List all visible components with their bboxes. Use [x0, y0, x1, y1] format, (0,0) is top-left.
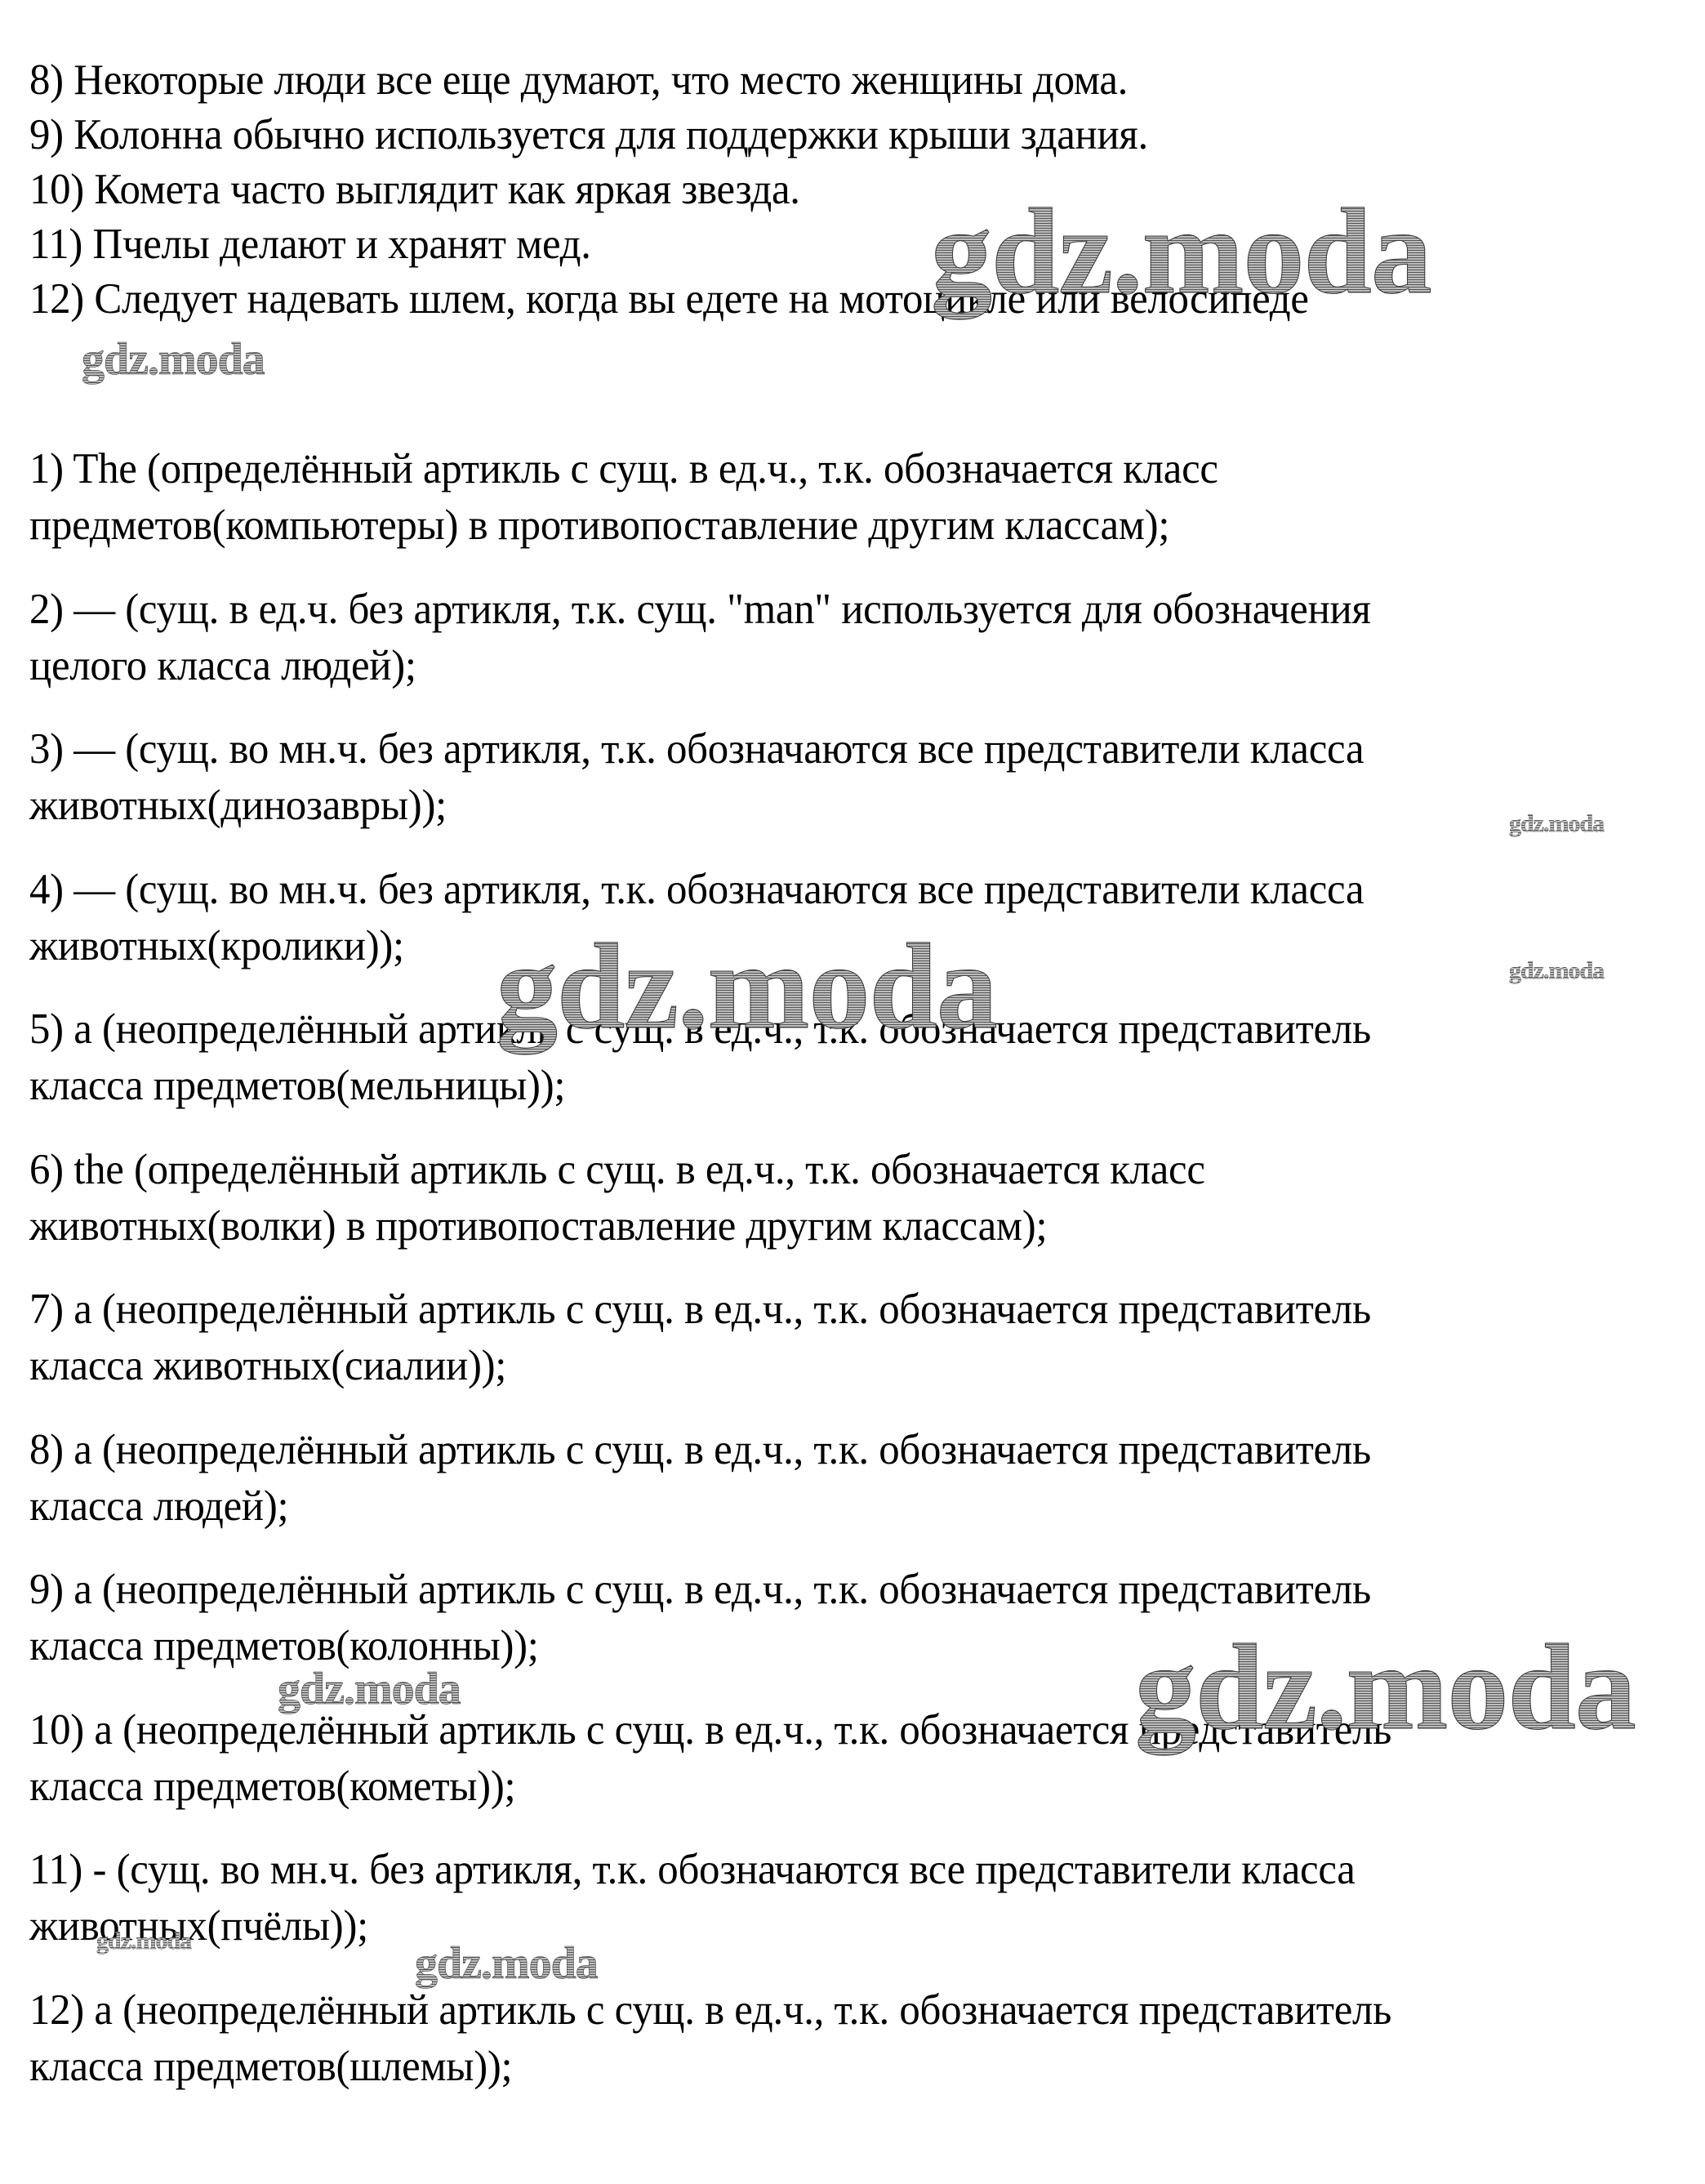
answer-line: животных(динозавры)); — [29, 781, 447, 830]
answer-line: предметов(компьютеры) в противопоставлен… — [29, 501, 1169, 550]
answer-line: 12) a (неопределённый артикль с сущ. в е… — [29, 1986, 1391, 2035]
answer-line: целого класса людей); — [29, 641, 416, 690]
answer-line: 1) The (определённый артикль с сущ. в ед… — [29, 444, 1218, 493]
translation-line: 9) Колонна обычно используется для подде… — [29, 110, 1148, 159]
answer-line: 3) — (сущ. во мн.ч. без артикля, т.к. об… — [29, 724, 1364, 773]
translation-line: 11) Пчелы делают и хранят мед. — [29, 220, 591, 269]
watermark: gdz.moda — [278, 1663, 461, 1715]
answer-line: класса предметов(шлемы)); — [29, 2042, 512, 2091]
answer-line: 4) — (сущ. во мн.ч. без артикля, т.к. об… — [29, 865, 1364, 914]
answer-line: класса предметов(кометы)); — [29, 1762, 515, 1811]
watermark: gdz.moda — [496, 916, 997, 1057]
answer-line: 11) - (сущ. во мн.ч. без артикля, т.к. о… — [29, 1845, 1356, 1894]
answer-line: животных(волки) в противопоставление дру… — [29, 1201, 1047, 1250]
watermark: gdz.moda — [1135, 1617, 1636, 1758]
answer-line: класса людей); — [29, 1482, 288, 1531]
watermark: gdz.moda — [1509, 957, 1604, 985]
answer-line: класса предметов(мельницы)); — [29, 1061, 565, 1110]
watermark: gdz.moda — [82, 333, 265, 386]
translation-line: 8) Некоторые люди все еще думают, что ме… — [29, 56, 1128, 105]
watermark: gdz.moda — [931, 181, 1431, 322]
answer-line: класса животных(сиалии)); — [29, 1341, 506, 1390]
answer-line: 8) a (неопределённый артикль с сущ. в ед… — [29, 1425, 1371, 1474]
answer-line: 7) a (неопределённый артикль с сущ. в ед… — [29, 1285, 1371, 1334]
watermark: gdz.moda — [1509, 810, 1604, 838]
answer-line: 9) a (неопределённый артикль с сущ. в ед… — [29, 1565, 1371, 1614]
answer-line: 2) — (сущ. в ед.ч. без артикля, т.к. сущ… — [29, 585, 1371, 634]
answer-line: животных(кролики)); — [29, 921, 404, 970]
answer-line: 6) the (определённый артикль с сущ. в ед… — [29, 1145, 1205, 1194]
watermark: gdz.moda — [415, 1937, 598, 1990]
translation-line: 10) Комета часто выглядит как яркая звез… — [29, 165, 800, 214]
answer-line: животных(пчёлы)); — [29, 1901, 368, 1950]
watermark: gdz.moda — [96, 1928, 191, 1955]
